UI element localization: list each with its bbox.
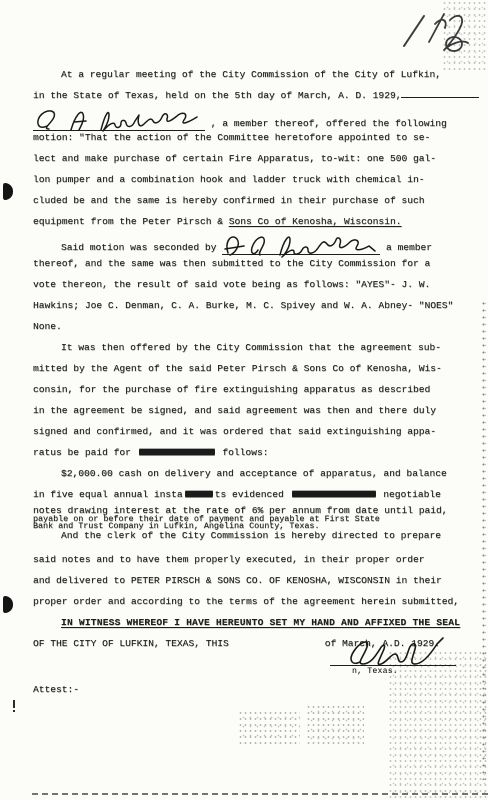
scan-noise — [388, 650, 488, 800]
scanned-document-page: At a regular meeting of the City Commiss… — [0, 0, 488, 800]
line-text: and delivered to PETER PIRSCH & SONS CO.… — [33, 575, 442, 586]
document-line: in five equal annual instats evidenced n… — [33, 484, 465, 505]
page-bottom-edge — [32, 793, 488, 795]
line-text: in the agreement be signed, and said agr… — [33, 405, 436, 416]
document-line: signed and confirmed, and it was ordered… — [33, 421, 465, 442]
document-line: motion: "That the action of the Committe… — [33, 127, 465, 148]
line-text: motion: "That the action of the Committe… — [33, 132, 430, 143]
line-text: lect and make purchase of certain Fire A… — [33, 153, 436, 164]
document-line: consin, for the purchase of fire extingu… — [33, 379, 465, 400]
document-line: proper order and according to the terms … — [33, 591, 465, 612]
line-text: said notes and to have them properly exe… — [33, 554, 425, 565]
line-text: follows: — [217, 447, 269, 458]
document-line: equipment from the Peter Pirsch & Sons C… — [33, 211, 465, 232]
document-line: mitted by the Agent of the said Peter Pi… — [33, 358, 465, 379]
document-line: $2,000.00 cash on delivery and acceptanc… — [33, 463, 465, 484]
scan-noise — [306, 704, 364, 744]
line-text: It was then offered by the City Commissi… — [61, 342, 441, 353]
document-line: said notes and to have them properly exe… — [33, 549, 465, 570]
scan-edge-noise — [482, 300, 486, 780]
struck-out-text — [185, 491, 213, 497]
document-line: in the State of Texas, held on the 5th d… — [33, 85, 465, 106]
document-line: cluded be and the same is hereby confirm… — [33, 190, 465, 211]
document-line: Bank and Trust Company in Lufkin, Angeli… — [33, 523, 465, 530]
document-line: and delivered to PETER PIRSCH & SONS CO.… — [33, 570, 465, 591]
document-line: ratus be paid for follows: — [33, 442, 465, 463]
left-margin-mark — [3, 596, 13, 613]
document-line: vote thereon, the result of said vote be… — [33, 274, 465, 295]
line-text: IN WITNESS WHEREOF I HAVE HEREUNTO SET M… — [61, 617, 460, 628]
line-text: consin, for the purchase of fire extingu… — [33, 384, 430, 395]
scan-noise — [442, 0, 488, 70]
document-line: None. — [33, 316, 465, 337]
document-line: , a member thereof, offered the followin… — [33, 106, 465, 127]
line-text: None. — [33, 321, 62, 332]
document-line: lect and make purchase of certain Fire A… — [33, 148, 465, 169]
document-line: in the agreement be signed, and said agr… — [33, 400, 465, 421]
line-text: negotiable — [378, 489, 441, 500]
line-text: At a regular meeting of the City Commiss… — [61, 69, 441, 80]
struck-out-text — [139, 449, 215, 455]
line-text: ts evidenced — [215, 489, 290, 500]
attest-label: Attest:- — [33, 684, 79, 695]
struck-out-text — [292, 491, 376, 497]
left-margin-mark — [3, 183, 13, 200]
document-line: Hawkins; Joe C. Denman, C. A. Burke, M. … — [33, 295, 465, 316]
line-text: in the State of Texas, held on the 5th d… — [33, 90, 401, 101]
line-text: equipment from the Peter Pirsch & — [33, 216, 229, 227]
left-margin-tick — [13, 700, 15, 708]
document-line: Said motion was seconded by a member — [33, 232, 465, 253]
line-text: OF THE CITY OF LUFKIN, TEXAS, THIS — [33, 638, 229, 649]
line-text: mitted by the Agent of the said Peter Pi… — [33, 363, 442, 374]
document-line: And the clerk of the City Commission is … — [33, 530, 465, 541]
line-text: Said motion was seconded by — [61, 242, 216, 253]
line-text: proper order and according to the terms … — [33, 596, 459, 607]
line-text: in five equal annual insta — [33, 489, 183, 500]
signature-abney — [222, 232, 380, 255]
line-text: signed and confirmed, and it was ordered… — [33, 426, 436, 437]
line-text: thereof, and the same was then submitted… — [33, 258, 430, 269]
document-line: lon pumper and a combination hook and la… — [33, 169, 465, 190]
line-text: vote thereon, the result of said vote be… — [33, 279, 430, 290]
line-text: $2,000.00 cash on delivery and acceptanc… — [61, 468, 447, 479]
document-line: thereof, and the same was then submitted… — [33, 253, 465, 274]
line-text: a member — [386, 242, 432, 253]
document-line: IN WITNESS WHEREOF I HAVE HEREUNTO SET M… — [33, 612, 465, 633]
line-text: And the clerk of the City Commission is … — [61, 530, 441, 541]
scan-noise — [238, 710, 300, 744]
document-line: At a regular meeting of the City Commiss… — [33, 64, 465, 85]
document-line: It was then offered by the City Commissi… — [33, 337, 465, 358]
line-text: lon pumper and a combination hook and la… — [33, 174, 425, 185]
line-text: Hawkins; Joe C. Denman, C. A. Burke, M. … — [33, 300, 453, 311]
line-text: Sons Co of Kenosha, Wisconsin. — [229, 216, 402, 227]
line-text: ratus be paid for — [33, 447, 137, 458]
document-body: At a regular meeting of the City Commiss… — [33, 64, 465, 654]
line-text: cluded be and the same is hereby confirm… — [33, 195, 425, 206]
blank-underline — [401, 86, 479, 98]
